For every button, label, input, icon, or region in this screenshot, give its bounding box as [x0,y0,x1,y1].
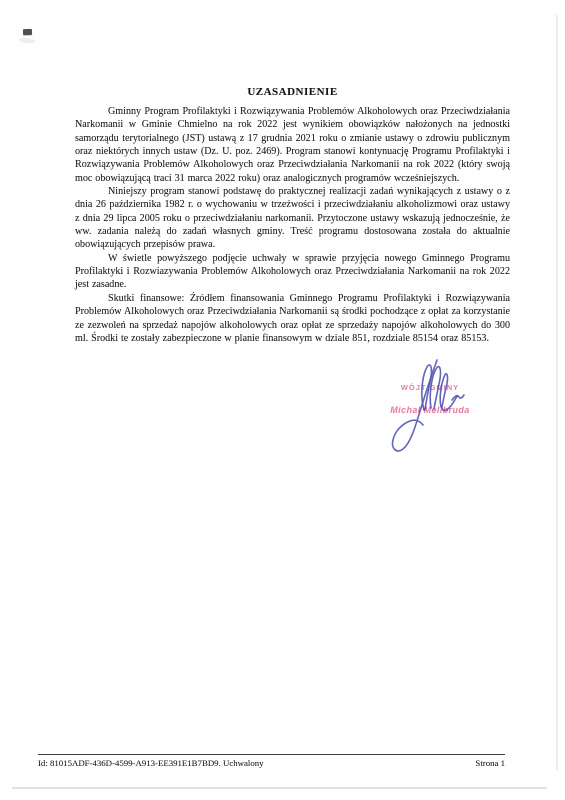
handwritten-signature-icon [360,352,500,462]
paragraph: W świetle powyższego podjęcie uchwały w … [75,252,510,292]
scan-artifact-smudge [19,37,36,44]
signature-block: WÓJT GMINY Michał Melibruda [360,352,500,462]
scan-edge-bottom-line [12,787,547,789]
scan-artifact-mark [23,29,32,35]
page-number-label: Strona 1 [475,758,505,768]
paragraph: Skutki finansowe: Źródłem finansowania G… [75,292,510,345]
paragraph: Gminny Program Profilaktyki i Rozwiązywa… [75,105,510,185]
page-footer: Id: 81015ADF-436D-4599-A913-EE391E1B7BD9… [38,754,505,768]
paragraph: Niniejszy program stanowi podstawę do pr… [75,185,510,252]
scan-edge-right-line [556,15,558,770]
document-id-text: Id: 81015ADF-436D-4599-A913-EE391E1B7BD9… [38,758,264,768]
scanned-document-page: UZASADNIENIE Gminny Program Profilaktyki… [0,0,565,800]
document-content: UZASADNIENIE Gminny Program Profilaktyki… [75,86,510,345]
document-body: Gminny Program Profilaktyki i Rozwiązywa… [75,105,510,345]
page-title: UZASADNIENIE [75,86,510,98]
